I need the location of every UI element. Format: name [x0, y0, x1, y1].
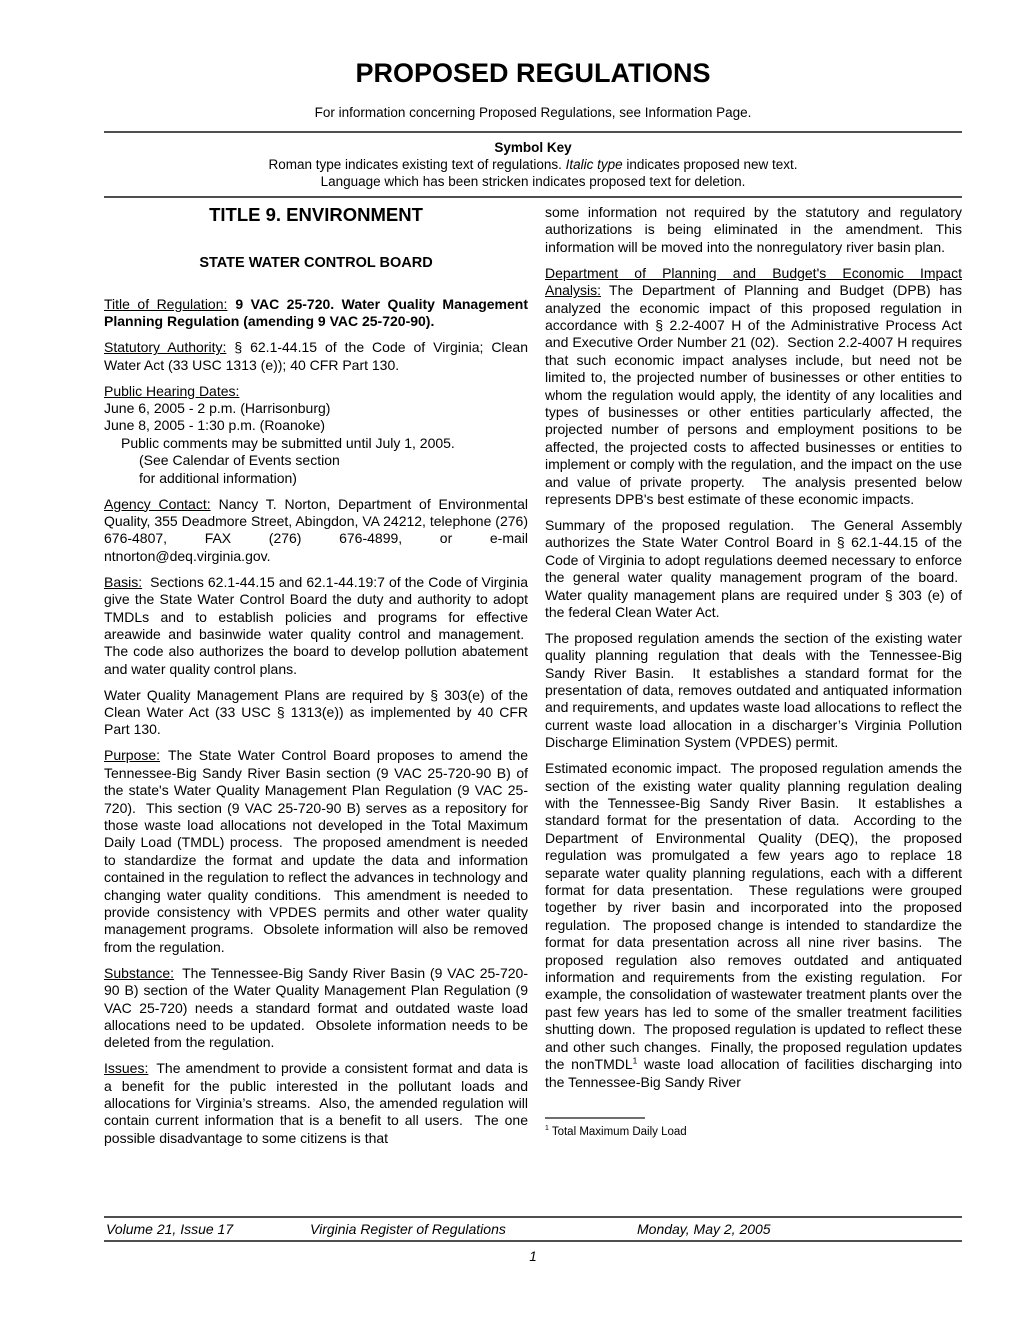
issues-paragraph: Issues:The amendment to provide a consis… [104, 1060, 528, 1147]
substance-label: Substance: [104, 965, 174, 981]
page-title: PROPOSED REGULATIONS [104, 58, 962, 88]
symbol-key-rest-text: indicates proposed new text. [623, 157, 798, 172]
agency-contact-paragraph: Agency Contact:Nancy T. Norton, Departme… [104, 496, 528, 566]
estimated-impact-text: Estimated economic impact. The proposed … [545, 760, 962, 1072]
footer-date: Monday, May 2, 2005 [637, 1221, 771, 1237]
public-hearing-block: Public Hearing Dates: June 6, 2005 - 2 p… [104, 383, 528, 487]
public-hearing-label-line: Public Hearing Dates: [104, 383, 528, 400]
see-calendar-line-1: (See Calendar of Events section [104, 452, 528, 469]
symbol-key-italic-text: Italic type [566, 157, 623, 172]
footnote-separator [545, 1117, 645, 1119]
issues-label: Issues: [104, 1060, 148, 1076]
symbol-key: Symbol Key Roman type indicates existing… [104, 139, 962, 190]
symbol-key-roman-text: Roman type indicates existing text of re… [268, 157, 565, 172]
page-header: PROPOSED REGULATIONS For information con… [104, 58, 962, 198]
statutory-authority-label: Statutory Authority: [104, 339, 226, 355]
estimated-impact-paragraph: Estimated economic impact. The proposed … [545, 760, 962, 1091]
symbol-key-line-2: Language which has been stricken indicat… [104, 173, 962, 190]
title-9-heading: TITLE 9. ENVIRONMENT [104, 204, 528, 225]
summary-paragraph: Summary of the proposed regulation. The … [545, 517, 962, 621]
footer-register-title: Virginia Register of Regulations [310, 1221, 506, 1237]
public-hearing-date-1: June 6, 2005 - 2 p.m. (Harrisonburg) [104, 400, 528, 417]
basis-label: Basis: [104, 574, 142, 590]
board-heading: STATE WATER CONTROL BOARD [104, 255, 528, 272]
statutory-authority-paragraph: Statutory Authority:§ 62.1-44.15 of the … [104, 339, 528, 374]
footnote: 1 Total Maximum Daily Load [545, 1125, 962, 1140]
left-column: TITLE 9. ENVIRONMENT STATE WATER CONTROL… [104, 204, 528, 1156]
continuation-paragraph: some information not required by the sta… [545, 204, 962, 256]
proposed-regulation-paragraph: The proposed regulation amends the secti… [545, 630, 962, 752]
footer-volume: Volume 21, Issue 17 [106, 1221, 233, 1237]
right-column: some information not required by the sta… [545, 204, 962, 1156]
basis-paragraph: Basis:Sections 62.1-44.15 and 62.1-44.19… [104, 574, 528, 678]
symbol-key-title: Symbol Key [104, 139, 962, 156]
dpb-analysis-text: The Department of Planning and Budget (D… [545, 282, 962, 507]
issues-text: The amendment to provide a consistent fo… [104, 1060, 528, 1146]
document-page: PROPOSED REGULATIONS For information con… [0, 0, 1020, 1320]
two-column-body: TITLE 9. ENVIRONMENT STATE WATER CONTROL… [104, 204, 962, 1156]
title-of-regulation-label: Title of Regulation: [104, 296, 227, 312]
page-number: 1 [104, 1249, 962, 1264]
purpose-text: The State Water Control Board proposes t… [104, 747, 528, 954]
page-footer: Volume 21, Issue 17 Virginia Register of… [104, 1216, 962, 1264]
public-hearing-date-2: June 8, 2005 - 1:30 p.m. (Roanoke) [104, 417, 528, 434]
purpose-paragraph: Purpose:The State Water Control Board pr… [104, 747, 528, 956]
substance-paragraph: Substance:The Tennessee-Big Sandy River … [104, 965, 528, 1052]
agency-contact-label: Agency Contact: [104, 496, 211, 512]
header-rule-top [104, 131, 962, 133]
public-comments-line: Public comments may be submitted until J… [104, 435, 528, 452]
wqmp-paragraph: Water Quality Management Plans are requi… [104, 687, 528, 739]
symbol-key-line-1: Roman type indicates existing text of re… [104, 156, 962, 173]
footer-row: Volume 21, Issue 17 Virginia Register of… [104, 1218, 962, 1240]
page-subtitle: For information concerning Proposed Regu… [104, 104, 962, 121]
dpb-analysis-paragraph: Department of Planning and Budget's Econ… [545, 265, 962, 509]
public-hearing-label: Public Hearing Dates: [104, 383, 239, 399]
basis-text: Sections 62.1-44.15 and 62.1-44.19:7 of … [104, 574, 528, 677]
header-rule-bottom [104, 196, 962, 198]
footer-rule-bottom [104, 1240, 962, 1242]
see-calendar-line-2: for additional information) [104, 470, 528, 487]
footnote-text: Total Maximum Daily Load [549, 1126, 687, 1138]
purpose-label: Purpose: [104, 747, 160, 763]
title-of-regulation-paragraph: Title of Regulation:9 VAC 25-720. Water … [104, 296, 528, 331]
